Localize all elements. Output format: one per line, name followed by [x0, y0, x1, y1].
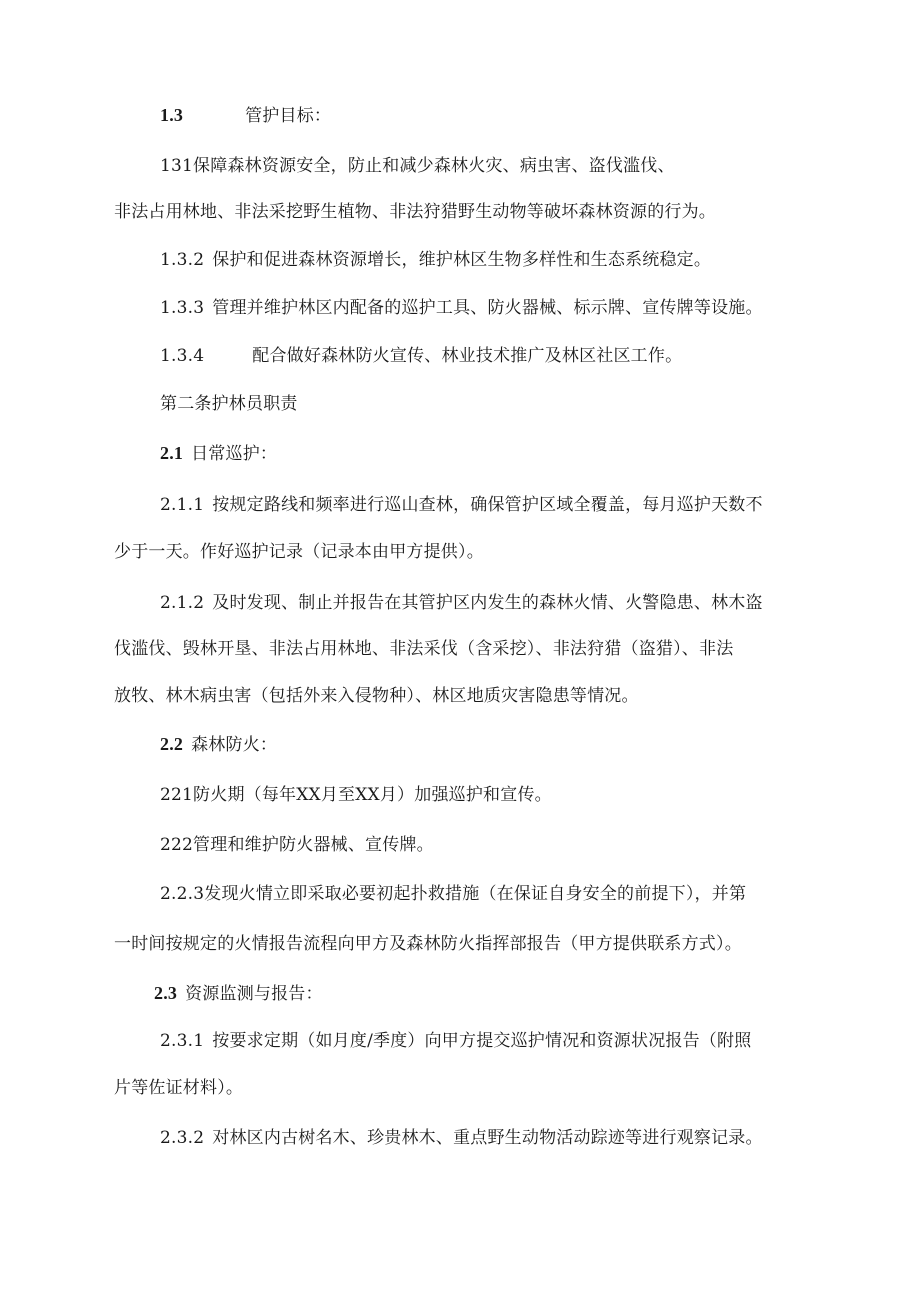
section-heading-2-3: 2.3资源监测与报告： [154, 982, 323, 1005]
paragraph-2-2-3-line1: 2.2.3发现火情立即采取必要初起扑救措施（在保证自身安全的前提下），并第 [160, 883, 746, 905]
item-text: 按要求定期（如月度/季度）向甲方提交巡护情况和资源状况报告（附照 [212, 1031, 751, 1051]
paragraph-2-3-1-line2: 片等佐证材料）。 [114, 1077, 243, 1099]
paragraph-2-1-2-line3: 放牧、林木病虫害（包括外来入侵物种）、林区地质灾害隐患等情况。 [114, 685, 639, 707]
paragraph-2-1-1-line2: 少于一天。作好巡护记录（记录本由甲方提供）。 [114, 541, 484, 563]
document-page: 1.3管护目标： 131保障森林资源安全，防止和减少森林火灾、病虫害、盗伐滥伐、… [0, 0, 920, 1301]
section-title: 管护目标： [245, 106, 331, 126]
section-heading-2-1: 2.1日常巡护： [160, 442, 277, 465]
paragraph-1-3-4: 1.3.4配合做好森林防火宣传、林业技术推广及林区社区工作。 [160, 345, 682, 367]
section-number: 1.3 [160, 105, 183, 125]
item-text: 保护和促进森林资源增长，维护林区生物多样性和生态系统稳定。 [212, 250, 711, 270]
item-text: 管理并维护林区内配备的巡护工具、防火器械、标示牌、宣传牌等设施。 [212, 298, 762, 318]
article-2-heading: 第二条护林员职责 [160, 393, 298, 415]
section-title: 资源监测与报告： [185, 984, 323, 1004]
item-number: 2.1.1 [160, 495, 204, 515]
paragraph-2-2-3-line2: 一时间按规定的火情报告流程向甲方及森林防火指挥部报告（甲方提供联系方式）。 [114, 933, 742, 955]
section-number: 2.1 [160, 443, 183, 463]
item-text: 对林区内古树名木、珍贵林木、重点野生动物活动踪迹等进行观察记录。 [212, 1128, 762, 1148]
item-number: 1.3.2 [160, 250, 204, 270]
item-number: 2.3.2 [160, 1128, 204, 1148]
item-number: 2.3.1 [160, 1031, 204, 1051]
section-number: 2.2 [160, 734, 183, 754]
section-number: 2.3 [154, 983, 177, 1003]
item-number: 1.3.4 [160, 346, 204, 366]
item-number: 1.3.3 [160, 298, 204, 318]
paragraph-1-3-1-line2: 非法占用林地、非法采挖野生植物、非法狩猎野生动物等破坏森林资源的行为。 [114, 201, 716, 223]
paragraph-1-3-2: 1.3.2保护和促进森林资源增长，维护林区生物多样性和生态系统稳定。 [160, 249, 711, 271]
item-text: 按规定路线和频率进行巡山查林，确保管护区域全覆盖，每月巡护天数不 [212, 495, 762, 515]
paragraph-1-3-1-line1: 131保障森林资源安全，防止和减少森林火灾、病虫害、盗伐滥伐、 [160, 155, 675, 177]
paragraph-2-2-2: 222管理和维护防火器械、宣传牌。 [160, 834, 434, 856]
paragraph-2-3-2: 2.3.2对林区内古树名木、珍贵林木、重点野生动物活动踪迹等进行观察记录。 [160, 1127, 763, 1149]
section-title: 日常巡护： [191, 444, 277, 464]
item-text: 及时发现、制止并报告在其管护区内发生的森林火情、火警隐患、林木盗 [212, 593, 762, 613]
paragraph-2-3-1-line1: 2.3.1按要求定期（如月度/季度）向甲方提交巡护情况和资源状况报告（附照 [160, 1030, 751, 1052]
paragraph-2-2-1: 221防火期（每年XX月至XX月）加强巡护和宣传。 [160, 784, 552, 806]
section-heading-2-2: 2.2森林防火： [160, 733, 277, 756]
item-number: 2.1.2 [160, 593, 204, 613]
section-heading-1-3: 1.3管护目标： [160, 104, 331, 127]
section-title: 森林防火： [191, 735, 277, 755]
item-text: 配合做好森林防火宣传、林业技术推广及林区社区工作。 [252, 346, 682, 366]
paragraph-2-1-2-line1: 2.1.2及时发现、制止并报告在其管护区内发生的森林火情、火警隐患、林木盗 [160, 592, 763, 614]
paragraph-2-1-1-line1: 2.1.1按规定路线和频率进行巡山查林，确保管护区域全覆盖，每月巡护天数不 [160, 494, 763, 516]
paragraph-2-1-2-line2: 伐滥伐、毁林开垦、非法占用林地、非法采伐（含采挖）、非法狩猎（盗猎）、非法 [114, 638, 733, 660]
paragraph-1-3-3: 1.3.3管理并维护林区内配备的巡护工具、防火器械、标示牌、宣传牌等设施。 [160, 297, 763, 319]
